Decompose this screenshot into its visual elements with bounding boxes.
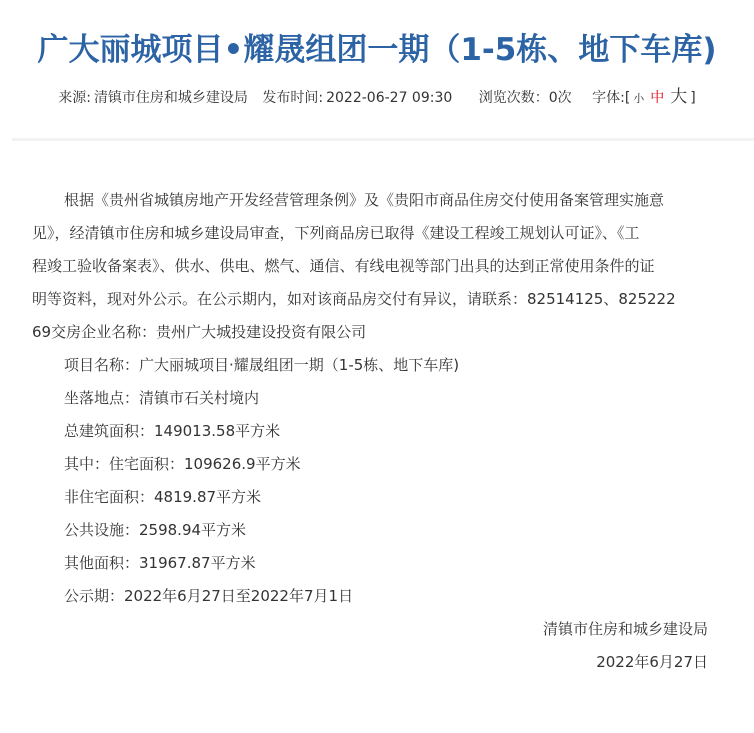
views-count: 0次 bbox=[549, 87, 572, 109]
article-body: 根据《贵州省城镇房地产开发经营管理条例》及《贵阳市商品住房交付使用备案管理实施意… bbox=[64, 184, 714, 679]
source-label: 来源: bbox=[58, 87, 91, 109]
signature-org: 清镇市住房和城乡建设局 bbox=[64, 613, 714, 646]
intro-line: 见》，经清镇市住房和城乡建设局审查，下列商品房已取得《建设工程竣工规划认可证》、… bbox=[32, 217, 714, 250]
field-notice-period: 公示期：2022年6月27日至2022年7月1日 bbox=[64, 580, 714, 613]
font-size-medium-button[interactable]: 中 bbox=[650, 87, 664, 109]
article-title: 广大丽城项目•耀晟组团一期（1-5栋、地下车库) bbox=[0, 28, 754, 72]
source-value: 清镇市住房和城乡建设局 bbox=[94, 87, 248, 109]
signature-date: 2022年6月27日 bbox=[64, 646, 714, 679]
intro-line: 明等资料，现对外公示。在公示期内，如对该商品房交付有异议，请联系：8251412… bbox=[32, 283, 714, 316]
header-divider bbox=[12, 138, 754, 141]
publish-time: 2022-06-27 09:30 bbox=[326, 87, 452, 109]
field-residential-area: 其中：住宅面积：109626.9平方米 bbox=[64, 448, 714, 481]
views-label: 浏览次数： bbox=[479, 87, 549, 109]
field-public-facilities: 公共设施：2598.94平方米 bbox=[64, 514, 714, 547]
field-non-residential-area: 非住宅面积：4819.87平方米 bbox=[64, 481, 714, 514]
font-size-large-button[interactable]: 大 bbox=[670, 86, 687, 108]
field-total-area: 总建筑面积：149013.58平方米 bbox=[64, 415, 714, 448]
field-other-area: 其他面积：31967.87平方米 bbox=[64, 547, 714, 580]
intro-line: 根据《贵州省城镇房地产开发经营管理条例》及《贵阳市商品住房交付使用备案管理实施意 bbox=[64, 184, 714, 217]
field-location: 坐落地点：清镇市石关村境内 bbox=[64, 382, 714, 415]
font-size-bracket: ] bbox=[690, 87, 695, 109]
intro-line: 程竣工验收备案表》、供水、供电、燃气、通信、有线电视等部门出具的达到正常使用条件… bbox=[32, 250, 714, 283]
intro-line: 69交房企业名称：贵州广大城投建设投资有限公司 bbox=[32, 316, 714, 349]
article-meta: 来源:清镇市住房和城乡建设局 发布时间:2022-06-27 09:30 浏览次… bbox=[0, 86, 754, 110]
field-project-name: 项目名称：广大丽城项目·耀晟组团一期（1-5栋、地下车库) bbox=[64, 349, 714, 382]
publish-label: 发布时间: bbox=[262, 87, 323, 109]
font-size-small-button[interactable]: 小 bbox=[633, 88, 644, 110]
font-size-label: 字体:[ bbox=[592, 87, 630, 109]
